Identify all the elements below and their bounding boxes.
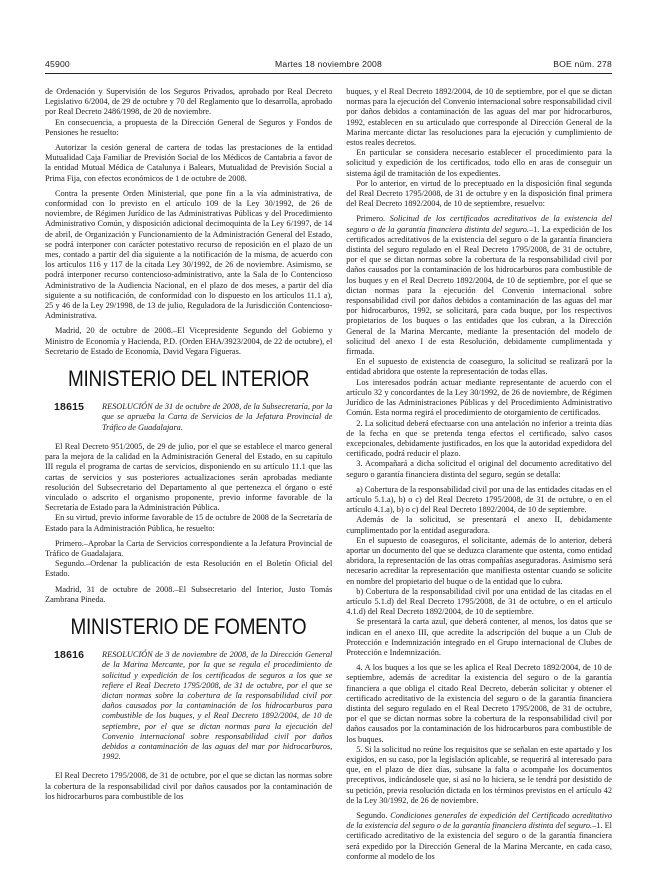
ministry-heading-interior: MINISTERIO DEL INTERIOR [45, 374, 332, 389]
entry-number: 18615 [54, 402, 92, 433]
paragraph: Además de la solicitud, se presentará el… [346, 515, 612, 535]
two-column-body: de Ordenación y Supervisión de los Segur… [45, 87, 612, 862]
paragraph: En el supuesto de existencia de coasegur… [346, 357, 612, 377]
entry-title: RESOLUCIÓN de 31 de octubre de 2008, de … [102, 402, 332, 433]
paragraph: 5. Si la solicitud no reúne los requisit… [346, 745, 612, 806]
paragraph: b) Cobertura de la responsabilidad civil… [346, 587, 612, 618]
page-number: 45900 [45, 59, 275, 69]
paragraph: En su virtud, previo informe favorable d… [45, 513, 332, 533]
paragraph: En particular se considera necesario est… [346, 148, 612, 179]
clause-label: Segundo. [356, 811, 387, 820]
paragraph: El Real Decreto 1795/2008, de 31 de octu… [45, 771, 332, 802]
paragraph: 4. A los buques a los que se les aplica … [346, 663, 612, 745]
paragraph: En el supuesto de coaseguros, el solicit… [346, 536, 612, 587]
header-date: Martes 18 noviembre 2008 [275, 59, 382, 69]
left-column: de Ordenación y Supervisión de los Segur… [45, 87, 332, 862]
entry-number: 18616 [54, 650, 92, 762]
paragraph: Primero.–Aprobar la Carta de Servicios c… [45, 539, 332, 559]
clause-label: Primero. [356, 214, 385, 223]
entry-18616: 18616 RESOLUCIÓN de 3 de noviembre de 20… [45, 650, 332, 762]
header-issue: BOE núm. 278 [382, 59, 612, 69]
paragraph: Se presentará la carta azul, que deberá … [346, 617, 612, 658]
paragraph: a) Cobertura de la responsabilidad civil… [346, 485, 612, 516]
entry-18615: 18615 RESOLUCIÓN de 31 de octubre de 200… [45, 402, 332, 433]
paragraph: de Ordenación y Supervisión de los Segur… [45, 87, 332, 118]
gazette-page: 45900 Martes 18 noviembre 2008 BOE núm. … [0, 0, 657, 880]
paragraph-primero: Primero. Solicitud de los certificados a… [346, 214, 612, 357]
ministry-heading-text: MINISTERIO DE FOMENTO [71, 622, 307, 632]
entry-title: RESOLUCIÓN de 3 de noviembre de 2008, de… [102, 650, 332, 762]
paragraph: Los interesados podrán actuar mediante r… [346, 378, 612, 419]
entry-18615-body: El Real Decreto 951/2005, de 29 de julio… [45, 442, 332, 605]
page-header: 45900 Martes 18 noviembre 2008 BOE núm. … [45, 59, 612, 74]
clause-title: Condiciones generales de expedición del … [346, 811, 612, 830]
paragraph: El Real Decreto 951/2005, de 29 de julio… [45, 442, 332, 513]
right-column: buques, y el Real Decreto 1892/2004, de … [346, 87, 612, 862]
paragraph: En consecuencia, a propuesta de la Direc… [45, 118, 332, 138]
paragraph-segundo: Segundo. Condiciones generales de expedi… [346, 811, 612, 862]
ministry-heading-fomento: MINISTERIO DE FOMENTO [45, 622, 332, 637]
paragraph: 3. Acompañará a dicha solicitud el origi… [346, 459, 612, 479]
paragraph: buques, y el Real Decreto 1892/2004, de … [346, 87, 612, 148]
paragraph: Por lo anterior, en virtud de lo precept… [346, 179, 612, 210]
clause-text: –1. La expedición de los certificados ac… [346, 225, 612, 356]
paragraph: Segundo.–Ordenar la publicación de esta … [45, 559, 332, 579]
paragraph: 2. La solicitud deberá efectuarse con un… [346, 419, 612, 460]
paragraph: Madrid, 31 de octubre de 2008.–El Subsec… [45, 585, 332, 605]
paragraph: Contra la presente Orden Ministerial, qu… [45, 189, 332, 322]
ministry-heading-text: MINISTERIO DEL INTERIOR [68, 374, 309, 384]
paragraph: Autorizar la cesión general de cartera d… [45, 143, 332, 184]
paragraph: Madrid, 20 de octubre de 2008.–El Vicepr… [45, 326, 332, 357]
entry-18616-body: El Real Decreto 1795/2008, de 31 de octu… [45, 771, 332, 802]
